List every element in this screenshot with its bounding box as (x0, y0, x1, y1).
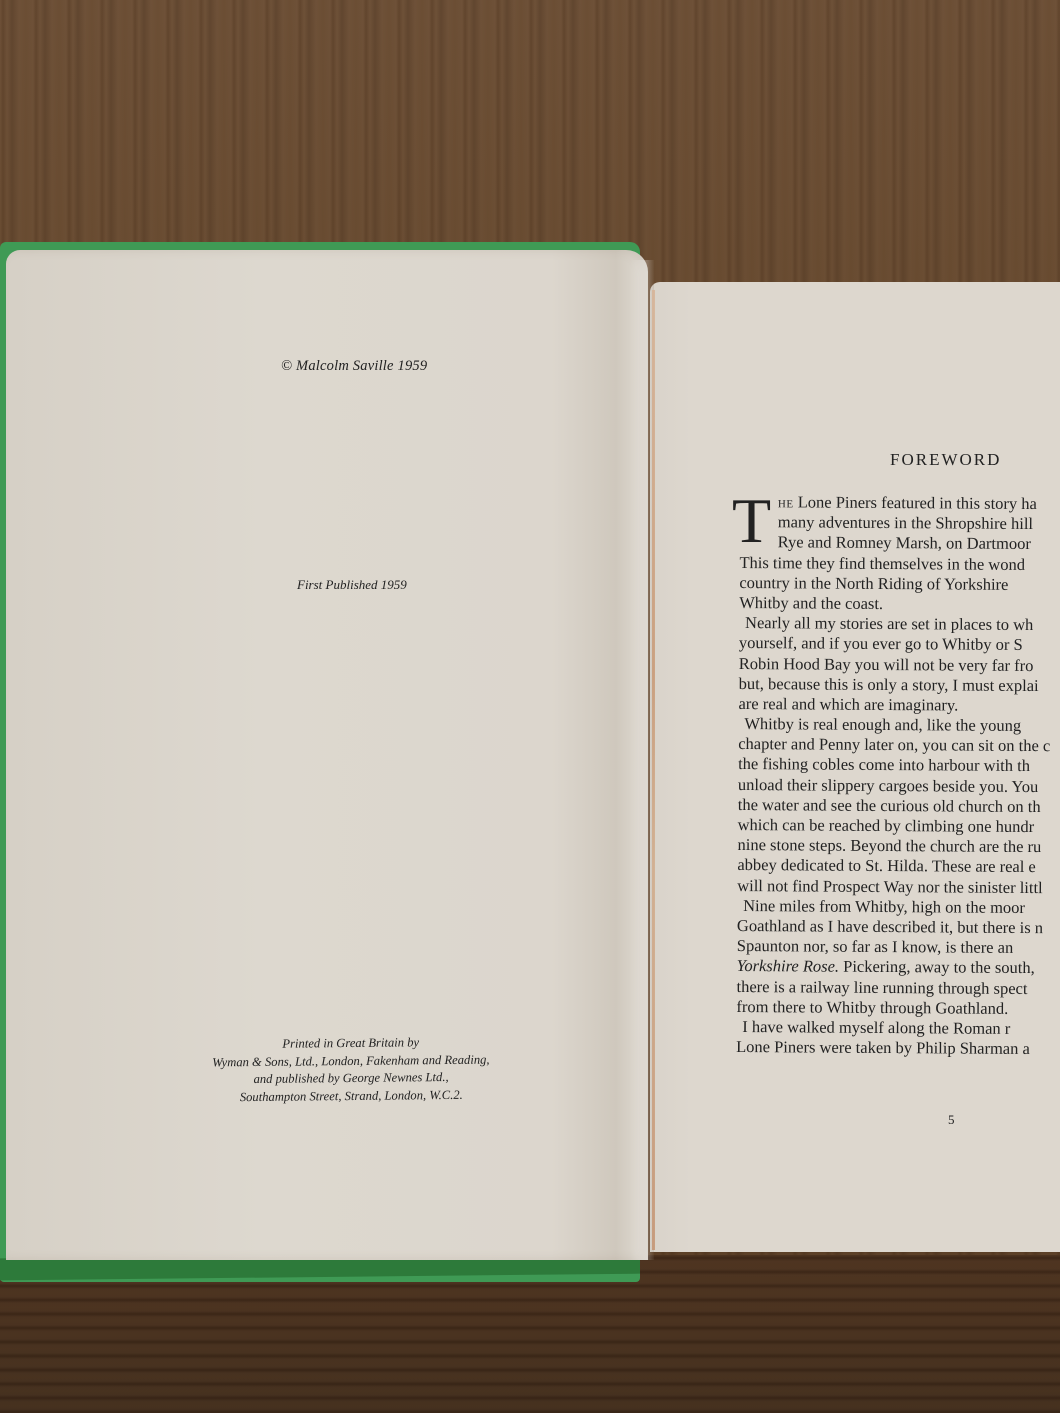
body-line: Whitby and the coast. (739, 593, 1060, 616)
body-line: Yorkshire Rose. Pickering, away to the s… (737, 956, 1060, 979)
body-line: Goathland as I have described it, but th… (737, 916, 1060, 939)
first-published-line: First Published 1959 (297, 577, 407, 593)
body-line: Nine miles from Whitby, high on the moor (737, 896, 1060, 919)
body-line: the water and see the curious old church… (738, 795, 1060, 818)
body-line: from there to Whitby through Goathland. (736, 997, 1060, 1020)
body-line: unload their slippery cargoes beside you… (738, 775, 1060, 798)
italic-phrase: Yorkshire Rose. (737, 956, 840, 976)
body-line: Robin Hood Bay you will not be very far … (739, 653, 1060, 676)
copyright-line: © Malcolm Saville 1959 (281, 358, 427, 375)
body-line: but, because this is only a story, I mus… (739, 674, 1060, 697)
body-line: yourself, and if you ever go to Whitby o… (739, 633, 1060, 656)
foreword-heading: FOREWORD (890, 450, 1001, 470)
body-line: Spaunton nor, so far as I know, is there… (737, 936, 1060, 959)
printer-imprint: Printed in Great Britain by Wyman & Sons… (170, 1033, 533, 1107)
body-line: which can be reached by climbing one hun… (738, 815, 1060, 838)
body-line: Nearly all my stories are set in places … (739, 613, 1060, 636)
body-line: chapter and Penny later on, you can sit … (738, 734, 1060, 757)
page-number: 5 (948, 1112, 955, 1128)
body-line: I have walked myself along the Roman r (736, 1017, 1060, 1040)
body-line: HE Lone Piners featured in this story ha (740, 492, 1060, 515)
body-line: abbey dedicated to St. Hilda. These are … (737, 855, 1060, 878)
body-line: Lone Piners were taken by Philip Sharman… (736, 1037, 1060, 1060)
body-line: are real and which are imaginary. (738, 694, 1060, 717)
body-line: the fishing cobles come into harbour wit… (738, 754, 1060, 777)
body-line: Rye and Romney Marsh, on Dartmoor (740, 532, 1060, 555)
left-page (6, 250, 648, 1260)
book-gutter-stain (652, 290, 655, 1250)
body-line: Whitby is real enough and, like the youn… (738, 714, 1060, 737)
body-line: This time they find themselves in the wo… (739, 553, 1060, 576)
body-line: there is a railway line running through … (736, 976, 1060, 999)
body-line: nine stone steps. Beyond the church are … (737, 835, 1060, 858)
body-line: country in the North Riding of Yorkshire (739, 573, 1060, 596)
body-line: will not find Prospect Way nor the sinis… (737, 876, 1060, 899)
body-line: many adventures in the Shropshire hill (740, 512, 1060, 535)
foreword-body: HE Lone Piners featured in this story ha… (736, 492, 1060, 1060)
book-gutter-shade (630, 260, 654, 1260)
